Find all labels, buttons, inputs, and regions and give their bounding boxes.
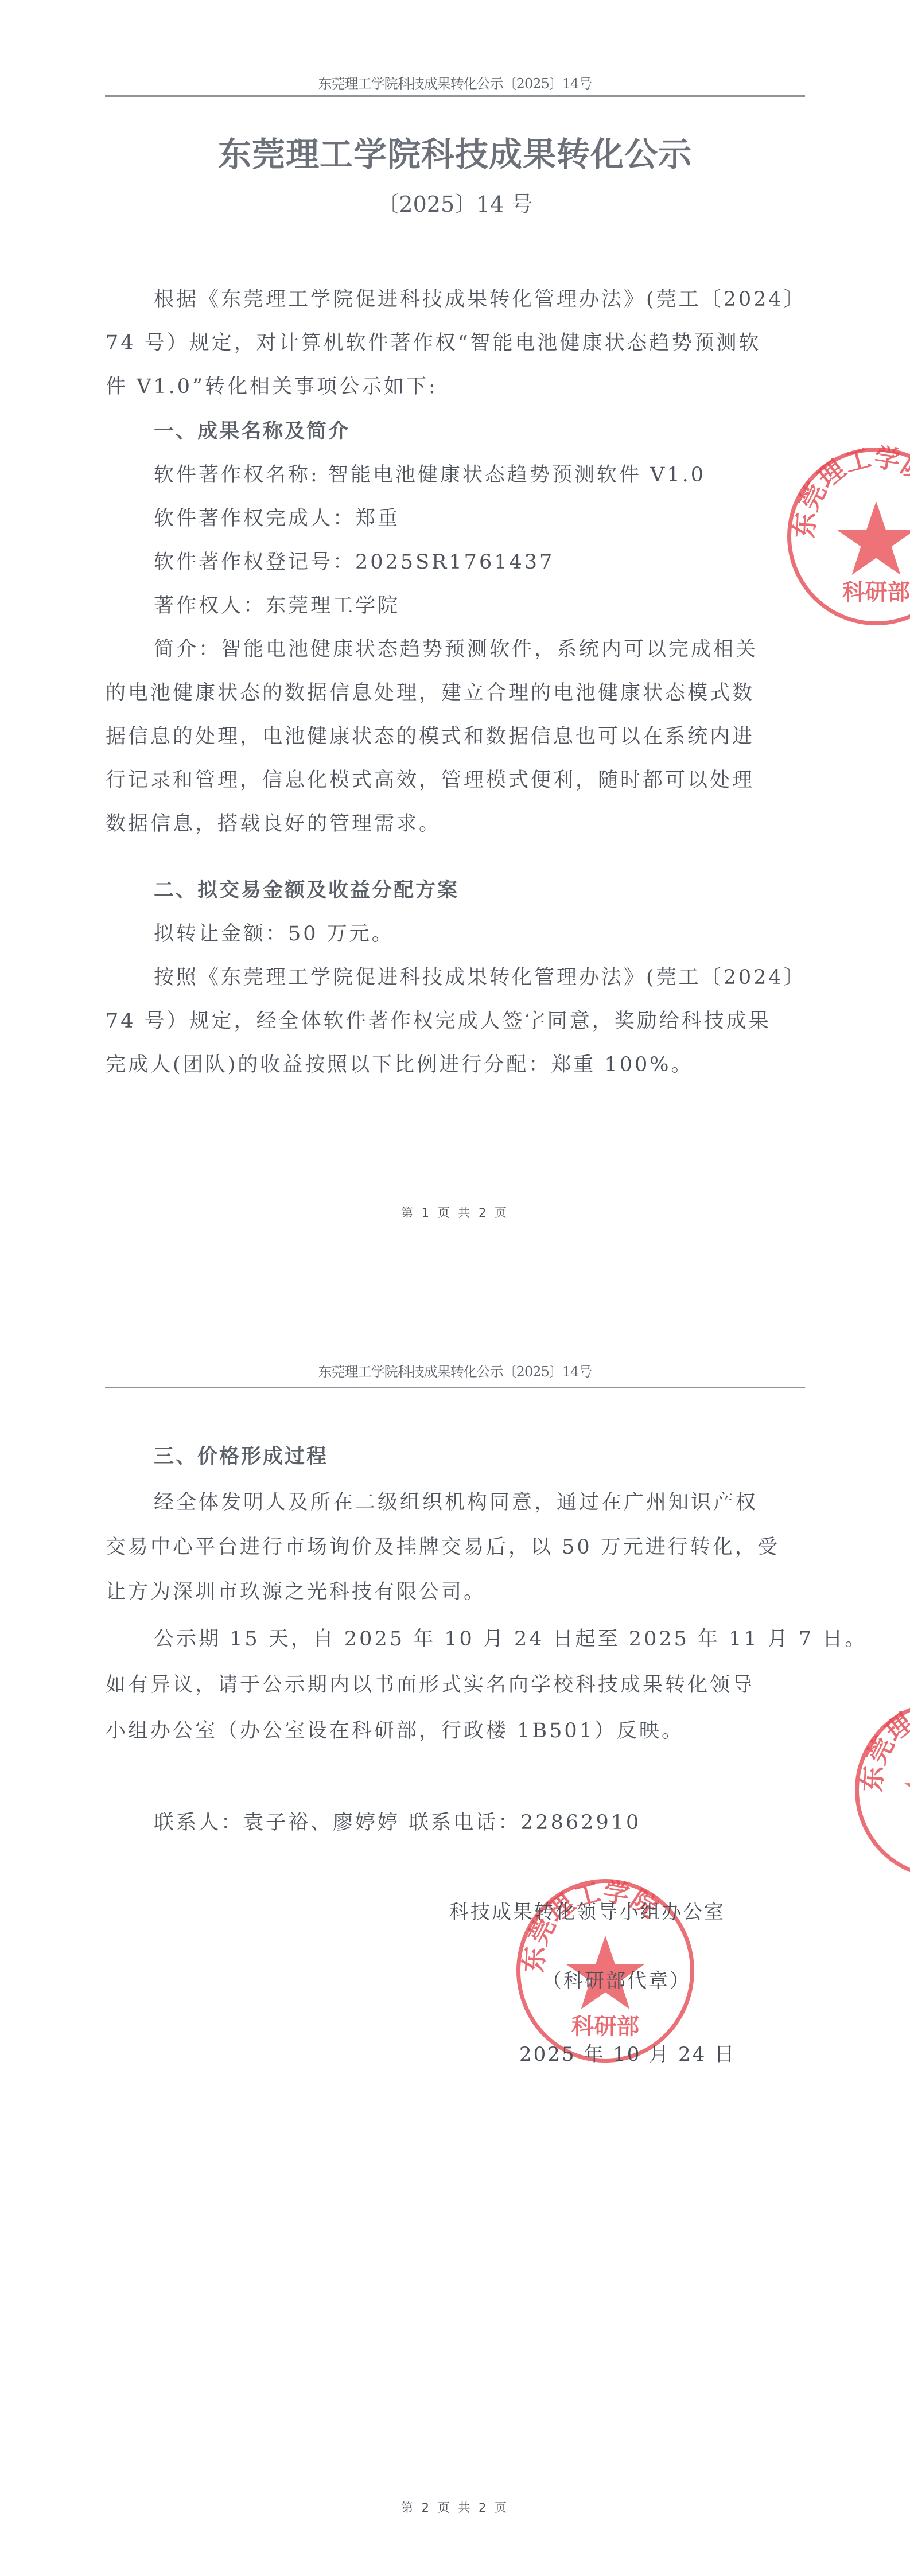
official-seal-stamp-edge: 东莞理工学院 — [855, 1701, 910, 1879]
document-title: 东莞理工学院科技成果转化公示 — [0, 127, 910, 176]
running-header: 东莞理工学院科技成果转化公示〔2025〕14号 — [0, 1360, 910, 1380]
copyright-owner-line: 著作权人：东莞理工学院 — [154, 593, 860, 618]
distribution-line-2: 74 号）规定，经全体软件著作权完成人签字同意，奖励给科技成果 — [106, 1009, 811, 1034]
software-name-line: 软件著作权名称: 智能电池健康状态趋势预测软件 V1.0 — [154, 462, 860, 488]
page-2: 东莞理工学院科技成果转化公示〔2025〕14号 东莞理工学院 三、价格形成过程 … — [0, 1288, 910, 2576]
document-number: 〔2025〕14 号 — [0, 186, 910, 218]
signature-seal-note: （科研部代章） — [542, 1968, 910, 1994]
process-line-3: 让方为深圳市玖源之光科技有限公司。 — [106, 1579, 811, 1605]
seal-icon: 东莞理工学院 — [859, 1705, 910, 1875]
section-1-heading: 一、成果名称及简介 — [154, 419, 860, 444]
signature-office: 科技成果转化领导小组办公室 — [449, 1900, 910, 1925]
contact-line: 联系人：袁子裕、廖婷婷 联系电话：22862910 — [154, 1810, 860, 1835]
summary-line-3: 据信息的处理，电池健康状态的模式和数据信息也可以在系统内进 — [106, 724, 811, 749]
page-footer: 第 1 页 共 2 页 — [0, 1204, 910, 1221]
period-line-1: 公示期 15 天，自 2025 年 10 月 24 日起至 2025 年 11 … — [154, 1626, 860, 1652]
period-line-2: 如有异议，请于公示期内以书面形式实名向学校科技成果转化领导 — [106, 1672, 811, 1698]
header-rule — [105, 95, 805, 97]
svg-text:科研部: 科研部 — [571, 2014, 640, 2040]
process-line-2: 交易中心平台进行市场询价及挂牌交易后，以 50 万元进行转化，受 — [106, 1535, 811, 1560]
software-registration-line: 软件著作权登记号：2025SR1761437 — [154, 550, 860, 575]
signature-date: 2025 年 10 月 24 日 — [519, 2042, 910, 2067]
period-line-3: 小组办公室（办公室设在科研部，行政楼 1B501）反映。 — [106, 1718, 811, 1744]
section-2-heading: 二、拟交易金额及收益分配方案 — [154, 878, 860, 903]
intro-line-2: 74 号）规定，对计算机软件著作权“智能电池健康状态趋势预测软 — [106, 330, 811, 356]
process-line-1: 经全体发明人及所在二级组织机构同意，通过在广州知识产权 — [154, 1490, 860, 1515]
summary-line-1: 简介：智能电池健康状态趋势预测软件，系统内可以完成相关 — [154, 637, 860, 662]
software-author-line: 软件著作权完成人：郑重 — [154, 506, 860, 531]
svg-text:东莞理工学院: 东莞理工学院 — [857, 1695, 910, 1792]
transfer-amount-line: 拟转让金额：50 万元。 — [154, 921, 860, 947]
distribution-line-3: 完成人(团队)的收益按照以下比例进行分配：郑重 100%。 — [106, 1052, 811, 1077]
page-1: 东莞理工学院科技成果转化公示〔2025〕14号 东莞理工学院科技成果转化公示 〔… — [0, 0, 910, 1288]
intro-line-1: 根据《东莞理工学院促进科技成果转化管理办法》(莞工〔2024〕 — [154, 287, 860, 312]
summary-line-4: 行记录和管理，信息化模式高效，管理模式便利，随时都可以处理 — [106, 768, 811, 793]
running-header: 东莞理工学院科技成果转化公示〔2025〕14号 — [0, 72, 910, 92]
summary-line-2: 的电池健康状态的数据信息处理，建立合理的电池健康状态模式数 — [106, 680, 811, 706]
page-footer: 第 2 页 共 2 页 — [0, 2499, 910, 2516]
summary-line-5: 数据信息，搭载良好的管理需求。 — [106, 811, 811, 836]
section-3-heading: 三、价格形成过程 — [154, 1444, 860, 1469]
distribution-line-1: 按照《东莞理工学院促进科技成果转化管理办法》(莞工〔2024〕 — [154, 965, 860, 990]
header-rule — [105, 1387, 805, 1388]
intro-line-3: 件 V1.0”转化相关事项公示如下: — [106, 374, 811, 399]
